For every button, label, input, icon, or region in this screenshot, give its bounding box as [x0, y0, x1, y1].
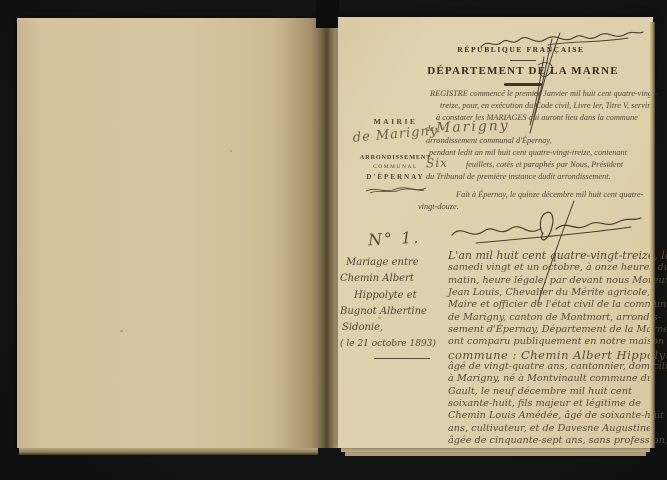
annotation-line: Bugnot Albertine [340, 304, 450, 320]
divider-rule-thick [504, 83, 542, 86]
act-number: N° 1. [368, 228, 421, 250]
margin-annotation: Mariage entre Chemin Albert Hippolyte et… [340, 255, 450, 353]
act-line: matin, heure légale, par devant nous Mor… [448, 275, 660, 287]
departement-heading: DÉPARTEMENT DE LA MARNE [423, 65, 623, 77]
act-line-groom-name: commune : Chemin Albert Hippolyte, [448, 349, 660, 361]
act-line: Gault, le neuf décembre mil huit cent [448, 386, 660, 398]
act-line: Maire et officier de l'état civil de la … [448, 299, 660, 311]
act-line: âgée de cinquante-sept ans, sans profess… [448, 435, 660, 447]
act-line: ont comparu publiquement en notre maison [448, 336, 660, 348]
registre-line: pendant ledit an mil huit cent quatre-vi… [426, 147, 658, 159]
paper-speck [588, 77, 590, 79]
annotation-line: Mariage entre [340, 255, 450, 271]
handwritten-commune: Marigny [436, 122, 510, 134]
act-body: L'an mil huit cent quatre-vingt-treize, … [448, 250, 660, 448]
arrondissement-label: ARRONDISSEMENT [348, 154, 443, 161]
act-line: ans, cultivateur, et de Davesne Augustin… [448, 423, 660, 435]
epernay-label: D'ÉPERNAY [348, 173, 443, 181]
act-line: Chemin Louis Amédée, âgé de soixante-hui… [448, 410, 660, 422]
act-line: âgé de vingt-quatre ans, cantonnier, dom… [448, 361, 660, 373]
book-gutter [318, 18, 338, 448]
scanned-marriage-register: RÉPUBLIQUE FRANÇAISE DÉPARTEMENT DE LA M… [0, 0, 667, 480]
mairie-stamp: MAIRIE de Marigny ARRONDISSEMENT COMMUNA… [348, 117, 443, 200]
registre-line: arrondissement communal d'Épernay, [426, 135, 658, 147]
act-line: samedi vingt et un octobre, à onze heure… [448, 262, 660, 274]
act-line: à Marigny, né à Montvinault commune du [448, 373, 660, 385]
act-line: Jean Louis, Chevalier du Mérite agricole… [448, 287, 660, 299]
handwritten-mairie-commune: de Marigny [348, 123, 444, 146]
communal-label: COMMUNAL [348, 164, 443, 170]
registre-line-commune: de Marigny [426, 123, 658, 135]
page-stack-edge [345, 452, 646, 456]
act-line: soixante-huit, fils majeur et légitime d… [448, 398, 660, 410]
registre-paragraph: REGISTRE commencé le premier Janvier mil… [426, 88, 658, 182]
annotation-line: Chemin Albert [340, 271, 450, 287]
gutter-shadow [316, 0, 339, 28]
republique-heading: RÉPUBLIQUE FRANÇAISE [441, 45, 601, 54]
registre-line: REGISTRE commencé le premier Janvier mil… [426, 88, 658, 100]
act-line: L'an mil huit cent quatre-vingt-treize, … [448, 250, 660, 262]
right-page: RÉPUBLIQUE FRANÇAISE DÉPARTEMENT DE LA M… [338, 17, 653, 448]
registre-line-feuillets: Six feuillets, cotés et paraphés par Nou… [426, 159, 658, 171]
left-page-blank [17, 18, 318, 448]
annotation-line: ( le 21 octobre 1893) [340, 336, 450, 352]
act-line: sement d'Épernay, Département de la Marn… [448, 324, 660, 336]
annotation-underline [374, 358, 430, 359]
paper-speck [378, 317, 381, 319]
flourish-ornament [364, 185, 428, 195]
registre-line: treize, pour, en exécution du Code civil… [426, 100, 658, 112]
left-page-edge [19, 448, 318, 455]
paper-speck [120, 330, 123, 332]
paper-speck [230, 150, 232, 152]
annotation-line: Hippolyte et [340, 288, 450, 304]
registre-feuillets: feuillets, cotés et paraphés par Nous, P… [466, 160, 623, 169]
registre-line: du Tribunal de première instance dudit a… [426, 171, 658, 183]
annotation-line: Sidonie, [340, 320, 450, 336]
divider-rule [510, 60, 536, 61]
right-page-block-edge [650, 22, 655, 448]
act-line: de Marigny, canton de Montmort, arrondis… [448, 312, 660, 324]
